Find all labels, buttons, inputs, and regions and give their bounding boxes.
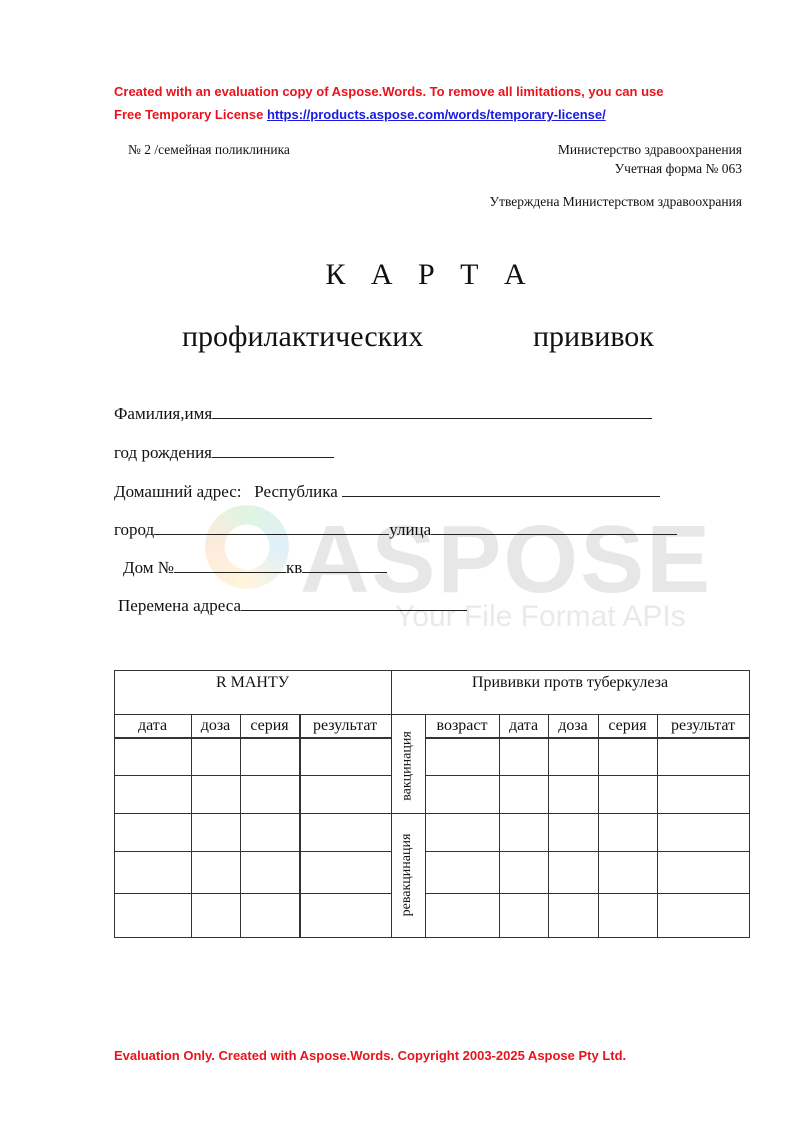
birth-year-input-line[interactable] (212, 443, 334, 458)
tuberculosis-table-cell[interactable] (599, 777, 656, 812)
row-separator (425, 775, 749, 776)
form-number: Учетная форма № 063 (615, 161, 742, 177)
mantoux-table-cell[interactable] (192, 777, 239, 812)
mantoux-column-header: результат (299, 717, 391, 735)
tuberculosis-table-cell[interactable] (500, 815, 547, 850)
address-change-input-line[interactable] (241, 596, 467, 611)
row-separator (114, 893, 391, 894)
apartment-input-line[interactable] (302, 558, 387, 573)
mantoux-table-cell[interactable] (192, 815, 239, 850)
tuberculosis-table-cell[interactable] (599, 895, 656, 936)
mantoux-table-cell[interactable] (115, 853, 190, 892)
row-separator (114, 813, 391, 814)
mantoux-column-header: доза (191, 717, 240, 735)
tuberculosis-table-cell[interactable] (658, 777, 748, 812)
republic-label: Республика (254, 482, 337, 501)
tuberculosis-table-cell[interactable] (500, 895, 547, 936)
city-label: город (114, 520, 154, 539)
mantoux-table-cell[interactable] (192, 853, 239, 892)
table-border-bottom (114, 937, 750, 938)
ministry-name: Министерство здравоохранения (558, 142, 742, 158)
birth-year-field: год рождения (114, 443, 334, 463)
address-change-field: Перемена адреса (118, 596, 467, 616)
tuberculosis-table-cell[interactable] (426, 777, 498, 812)
apartment-label: кв (286, 558, 302, 577)
republic-input-line[interactable] (342, 482, 660, 497)
tuberculosis-table-cell[interactable] (500, 853, 547, 892)
mantoux-column-header: дата (114, 717, 191, 735)
mantoux-table-cell[interactable] (241, 777, 298, 812)
subtitle-word-2: прививок (533, 320, 654, 354)
evaluation-license-line: Free Temporary License https://products.… (114, 107, 606, 122)
tuberculosis-table-cell[interactable] (599, 853, 656, 892)
house-label: Дом № (123, 558, 174, 577)
document-title: К А Р Т А (0, 258, 800, 292)
evaluation-license-label: Free Temporary License (114, 107, 263, 122)
tuberculosis-table-cell[interactable] (658, 895, 748, 936)
tuberculosis-table-cell[interactable] (426, 739, 498, 774)
mantoux-table-cell[interactable] (241, 815, 298, 850)
revaccination-label: ревакцинация (399, 813, 417, 937)
row-separator (425, 813, 749, 814)
header-separator (114, 714, 749, 715)
name-input-line[interactable] (212, 404, 652, 419)
temporary-license-link[interactable]: https://products.aspose.com/words/tempor… (267, 107, 606, 122)
tuberculosis-table-cell[interactable] (500, 739, 547, 774)
mantoux-column-header: серия (240, 717, 299, 735)
tuberculosis-column-header: результат (657, 717, 749, 735)
table-border-top (114, 670, 749, 671)
name-field: Фамилия,имя (114, 404, 652, 424)
tuberculosis-table-cell[interactable] (549, 777, 597, 812)
mantoux-header: R МАНТУ (114, 674, 391, 692)
evaluation-notice: Created with an evaluation copy of Aspos… (114, 84, 664, 99)
tuberculosis-table-cell[interactable] (500, 777, 547, 812)
mantoux-table-cell[interactable] (241, 895, 298, 936)
mantoux-table-cell[interactable] (300, 739, 390, 774)
tuberculosis-table-cell[interactable] (658, 739, 748, 774)
evaluation-footer: Evaluation Only. Created with Aspose.Wor… (114, 1048, 626, 1063)
vaccination-label: вакцинация (399, 718, 417, 813)
mantoux-table-cell[interactable] (241, 853, 298, 892)
mantoux-table-cell[interactable] (115, 777, 190, 812)
row-separator (114, 851, 391, 852)
house-input-line[interactable] (174, 558, 286, 573)
tuberculosis-table-cell[interactable] (549, 815, 597, 850)
street-input-line[interactable] (431, 520, 677, 535)
home-address-label: Домашний адрес: (114, 482, 242, 501)
mantoux-table-cell[interactable] (115, 815, 190, 850)
republic-field: Домашний адрес: Республика (114, 482, 660, 502)
mantoux-table-cell[interactable] (300, 777, 390, 812)
tuberculosis-table-cell[interactable] (426, 853, 498, 892)
tuberculosis-table-cell[interactable] (658, 853, 748, 892)
row-separator (425, 851, 749, 852)
tuberculosis-table-cell[interactable] (549, 853, 597, 892)
tuberculosis-table-cell[interactable] (549, 895, 597, 936)
mantoux-table-cell[interactable] (241, 739, 298, 774)
tuberculosis-column-header: доза (548, 717, 598, 735)
mantoux-table-cell[interactable] (115, 739, 190, 774)
tuberculosis-table-cell[interactable] (426, 895, 498, 936)
vaccination-table: R МАНТУ Прививки протв туберкулеза датад… (114, 670, 749, 937)
tuberculosis-table-cell[interactable] (549, 739, 597, 774)
row-separator (425, 893, 749, 894)
mantoux-table-cell[interactable] (192, 739, 239, 774)
subtitle-word-1: профилактических (182, 320, 423, 354)
tuberculosis-table-cell[interactable] (658, 815, 748, 850)
city-input-line[interactable] (154, 520, 389, 535)
mantoux-table-cell[interactable] (192, 895, 239, 936)
birth-year-label: год рождения (114, 443, 212, 462)
house-field: Дом №кв (123, 558, 387, 578)
address-change-label: Перемена адреса (118, 596, 241, 615)
tuberculosis-column-header: дата (499, 717, 548, 735)
mantoux-table-cell[interactable] (300, 853, 390, 892)
mantoux-table-cell[interactable] (300, 815, 390, 850)
tuberculosis-column-header: возраст (425, 717, 499, 735)
mantoux-table-cell[interactable] (115, 895, 190, 936)
row-separator (114, 775, 391, 776)
tuberculosis-table-cell[interactable] (599, 815, 656, 850)
name-label: Фамилия,имя (114, 404, 212, 423)
approval-note: Утверждена Министерством здравоохрания (490, 194, 742, 210)
tuberculosis-column-header: серия (598, 717, 657, 735)
tuberculosis-table-cell[interactable] (599, 739, 656, 774)
city-street-field: городулица (114, 520, 677, 540)
mantoux-table-cell[interactable] (300, 895, 390, 936)
clinic-name: № 2 /семейная поликлиника (128, 142, 290, 158)
section-divider (391, 670, 392, 937)
tuberculosis-header: Прививки протв туберкулеза (391, 674, 749, 692)
tuberculosis-table-cell[interactable] (426, 815, 498, 850)
table-border-right (749, 670, 750, 937)
street-label: улица (389, 520, 431, 539)
